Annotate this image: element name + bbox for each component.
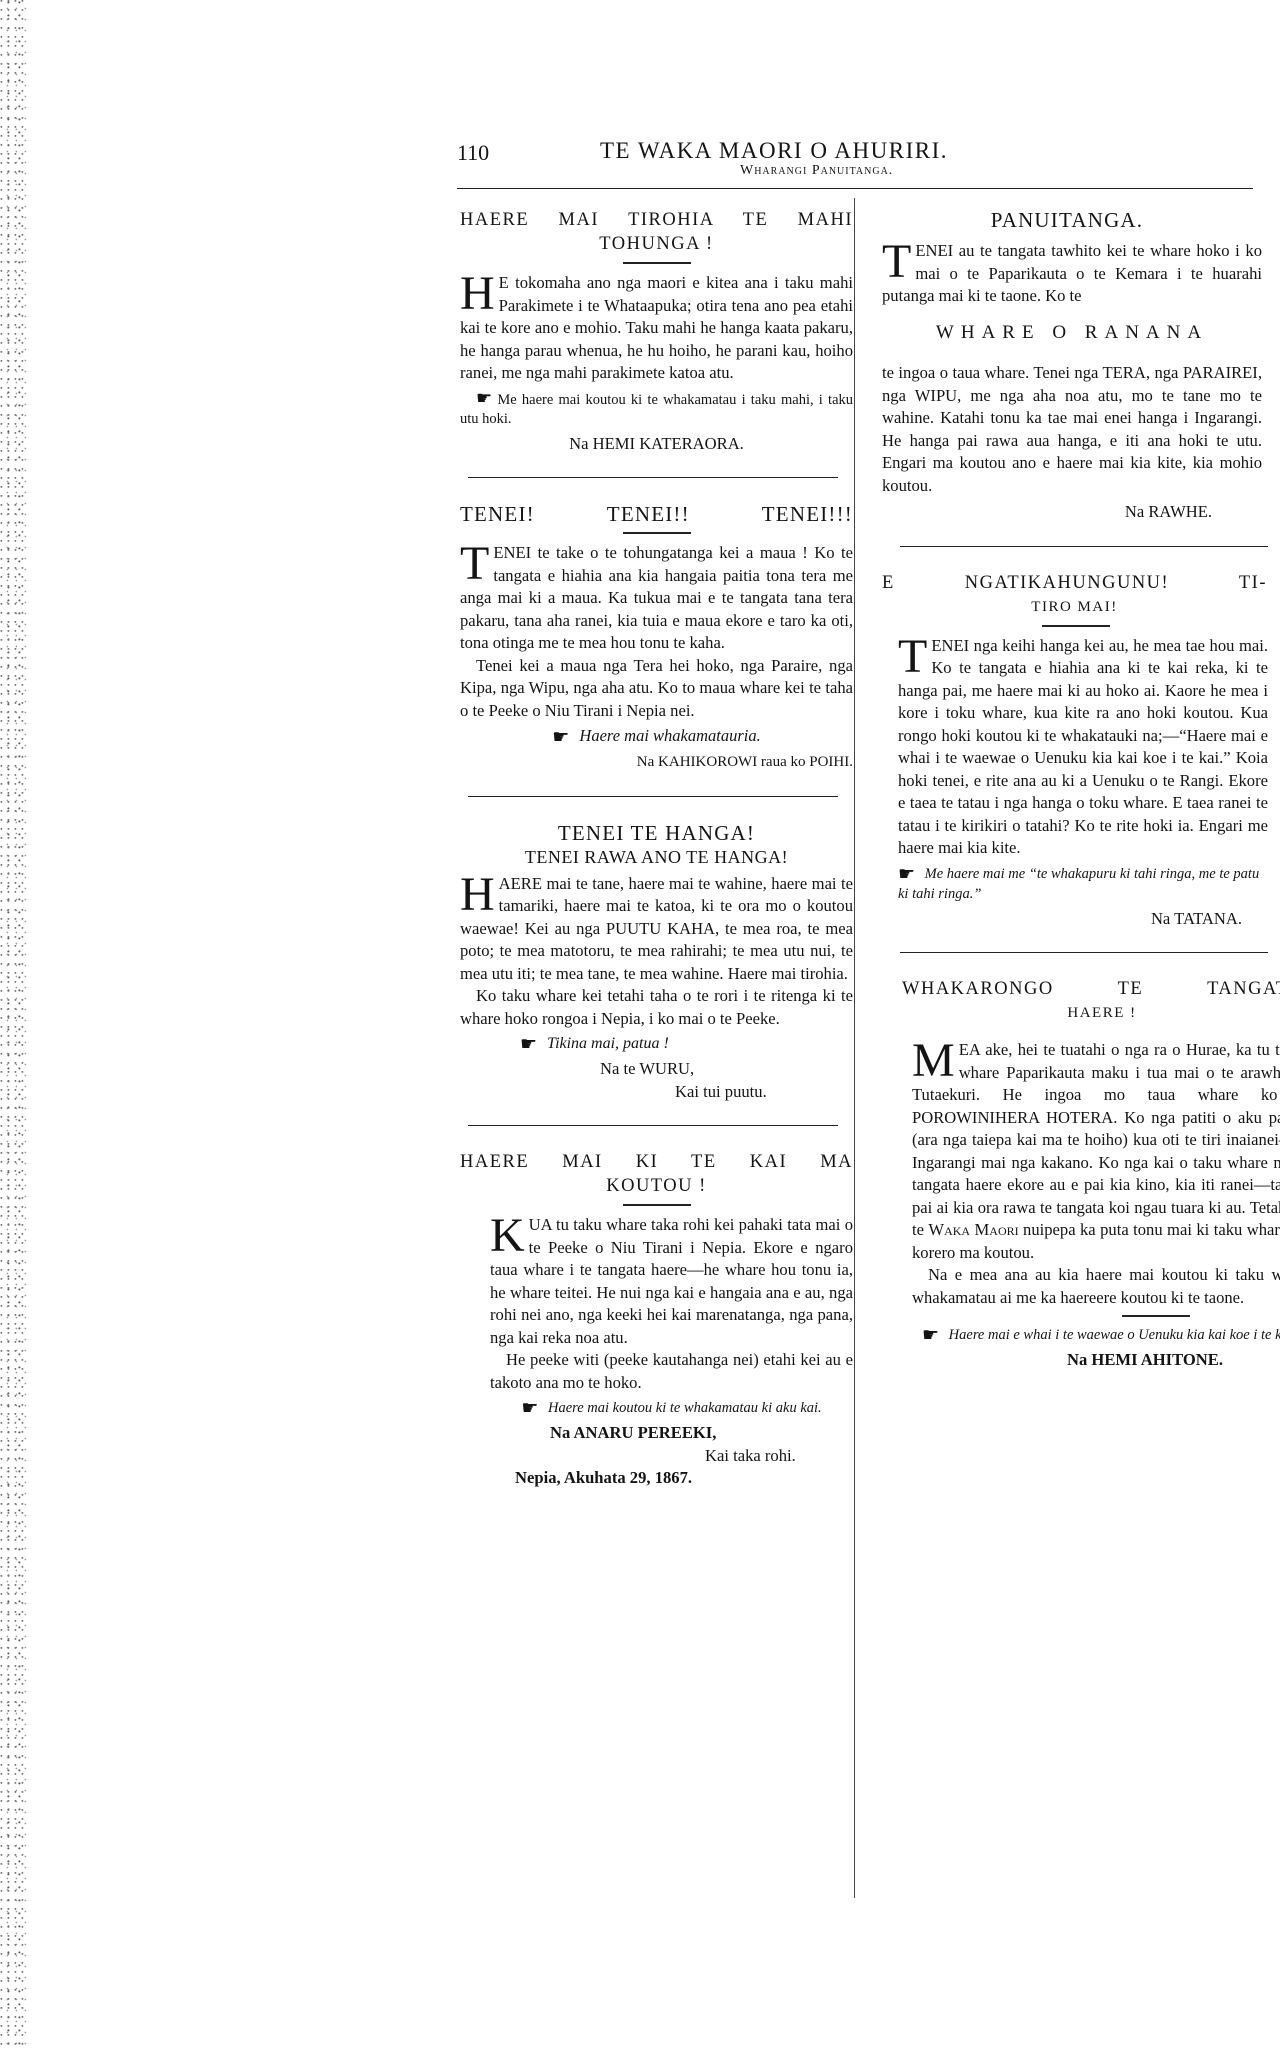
advert-body-2: Tenei kei a maua nga Tera hei hoko, nga … <box>460 655 853 723</box>
advert-body-2: Na e mea ana au kia haere mai koutou ki … <box>882 1264 1280 1309</box>
short-rule <box>623 262 691 264</box>
pointer-note: ☛ Haere mai e whai i te waewae o Uenuku … <box>882 1325 1280 1345</box>
scan-margin-speckle <box>0 0 28 2051</box>
advert-heading: WHAKARONGO TE TANGATA <box>882 977 1280 1001</box>
drop-cap: T <box>898 637 927 677</box>
column-divider <box>854 198 855 1898</box>
pointer-note: ☛ Me haere mai me “te whakapuru ki tahi … <box>882 864 1268 904</box>
advert-heading-cont: TIRO MAI! <box>882 595 1267 619</box>
drop-cap: H <box>460 875 495 915</box>
short-rule <box>1042 625 1110 627</box>
advert-signature: Na ANARU PEREEKI, <box>460 1422 853 1445</box>
advert-signature-title: Kai tui puutu. <box>460 1081 853 1104</box>
advert-body-2: te ingoa o taua whare. Tenei nga TERA, n… <box>882 362 1262 497</box>
page-number: 110 <box>457 140 489 166</box>
section-rule <box>468 477 838 478</box>
display-title: WHARE O RANANA <box>882 322 1262 345</box>
pointing-hand-icon: ☛ <box>521 1397 538 1419</box>
advert-body: TENEI nga keihi hanga kei au, he mea tae… <box>882 635 1268 860</box>
advert-signature: Na RAWHE. <box>882 501 1212 524</box>
advert-signature-title: Kai taka rohi. <box>460 1445 853 1468</box>
section-rule <box>468 796 838 797</box>
header-rule <box>457 188 1253 189</box>
advert-boots: TENEI TE HANGA! TENEI RAWA ANO TE HANGA!… <box>460 821 853 1104</box>
pointing-hand-icon: ☛ <box>476 388 492 409</box>
advert-body: TENEI te take o te tohungatanga kei a ma… <box>460 542 853 655</box>
advert-dateline: Nepia, Akuhata 29, 1867. <box>460 1467 853 1490</box>
advert-bakery: HAERE MAI KI TE KAI MA KOUTOU ! KUA tu t… <box>460 1150 853 1490</box>
advert-signature: Na KAHIKOROWI raua ko POIHI. <box>460 751 853 774</box>
advert-heading-cont: HAERE ! <box>882 1001 1280 1025</box>
pointer-note: ☛ Haere mai whakamatauria. <box>460 726 853 747</box>
advert-london-house: PANUITANGA. TENEI au te tangata tawhito … <box>882 208 1280 524</box>
advert-heading-cont: TENEI RAWA ANO TE HANGA! <box>460 845 853 869</box>
section-rule <box>900 546 1268 547</box>
advert-signature: Na HEMI AHITONE. <box>882 1349 1280 1372</box>
advert-body: MEA ake, hei te tuatahi o nga ra o Hurae… <box>882 1039 1280 1264</box>
advert-heading: E NGATIKAHUNGUNU! TI- <box>882 571 1267 595</box>
advert-body: HAERE mai te tane, haere mai te wahine, … <box>460 873 853 986</box>
drop-cap: T <box>882 242 911 282</box>
advert-heading: TENEI! TENEI!! TENEI!!! <box>460 502 853 526</box>
pointer-note: ☛ Tikina mai, patua ! <box>460 1034 853 1054</box>
advert-cake-shop: E NGATIKAHUNGUNU! TI- TIRO MAI! TENEI ng… <box>882 571 1280 931</box>
advert-saddlers: TENEI! TENEI!! TENEI!!! TENEI te take o … <box>460 502 853 774</box>
pointing-hand-icon: ☛ <box>520 1033 537 1055</box>
advert-body-2: Ko taku whare kei tetahi taha o te rori … <box>460 985 853 1030</box>
drop-cap: T <box>460 544 489 584</box>
section-rule <box>468 1125 838 1126</box>
short-rule <box>623 1204 691 1206</box>
newspaper-title: TE WAKA MAORI O AHURIRI. <box>600 138 1200 164</box>
drop-cap: H <box>460 274 495 314</box>
pointer-note: ☛ Haere mai koutou ki te whakamatau ki a… <box>460 1398 853 1418</box>
advert-signature: Na te WURU, <box>460 1058 853 1081</box>
masthead: TE WAKA MAORI O AHURIRI. Wharangi Panuit… <box>600 138 1200 179</box>
pointing-hand-icon: ☛ <box>898 863 915 885</box>
drop-cap: M <box>912 1041 955 1081</box>
advert-signature: Na TATANA. <box>882 908 1242 931</box>
advert-body: KUA tu taku whare taka rohi kei pahaki t… <box>460 1214 853 1349</box>
pointing-hand-icon: ☛ <box>922 1324 939 1346</box>
advert-hotel: WHAKARONGO TE TANGATA HAERE ! MEA ake, h… <box>882 977 1280 1372</box>
advert-body: TENEI au te tangata tawhito kei te whare… <box>882 240 1262 308</box>
short-rule <box>623 532 691 534</box>
advert-heading: TENEI TE HANGA! <box>460 821 853 845</box>
advert-heading-cont: KOUTOU ! <box>460 1174 853 1198</box>
right-column: PANUITANGA. TENEI au te tangata tawhito … <box>882 208 1280 1372</box>
advert-body-2: He peeke witi (peeke kautahanga nei) eta… <box>460 1349 853 1394</box>
section-subtitle: Wharangi Panuitanga. <box>740 163 1200 179</box>
left-column: HAERE MAI TIROHIA TE MAHI TOHUNGA ! HE t… <box>460 208 853 1490</box>
pointer-note: ☛ Me haere mai koutou ki te whakamatau i… <box>460 389 853 429</box>
drop-cap: K <box>490 1216 525 1256</box>
section-rule <box>900 952 1268 953</box>
advert-signature: Na HEMI KATERAORA. <box>460 433 853 456</box>
advert-heading-cont: TOHUNGA ! <box>460 232 853 256</box>
advert-heading: HAERE MAI KI TE KAI MA <box>460 1150 853 1174</box>
advert-body: HE tokomaha ano nga maori e kitea ana i … <box>460 272 853 385</box>
advert-heading: PANUITANGA. <box>882 208 1252 232</box>
advert-heading: HAERE MAI TIROHIA TE MAHI <box>460 208 853 232</box>
newspaper-name: Waka Maori <box>928 1220 1018 1239</box>
short-rule <box>1122 1315 1190 1317</box>
pointing-hand-icon: ☛ <box>552 726 569 748</box>
advert-blacksmith: HAERE MAI TIROHIA TE MAHI TOHUNGA ! HE t… <box>460 208 853 455</box>
